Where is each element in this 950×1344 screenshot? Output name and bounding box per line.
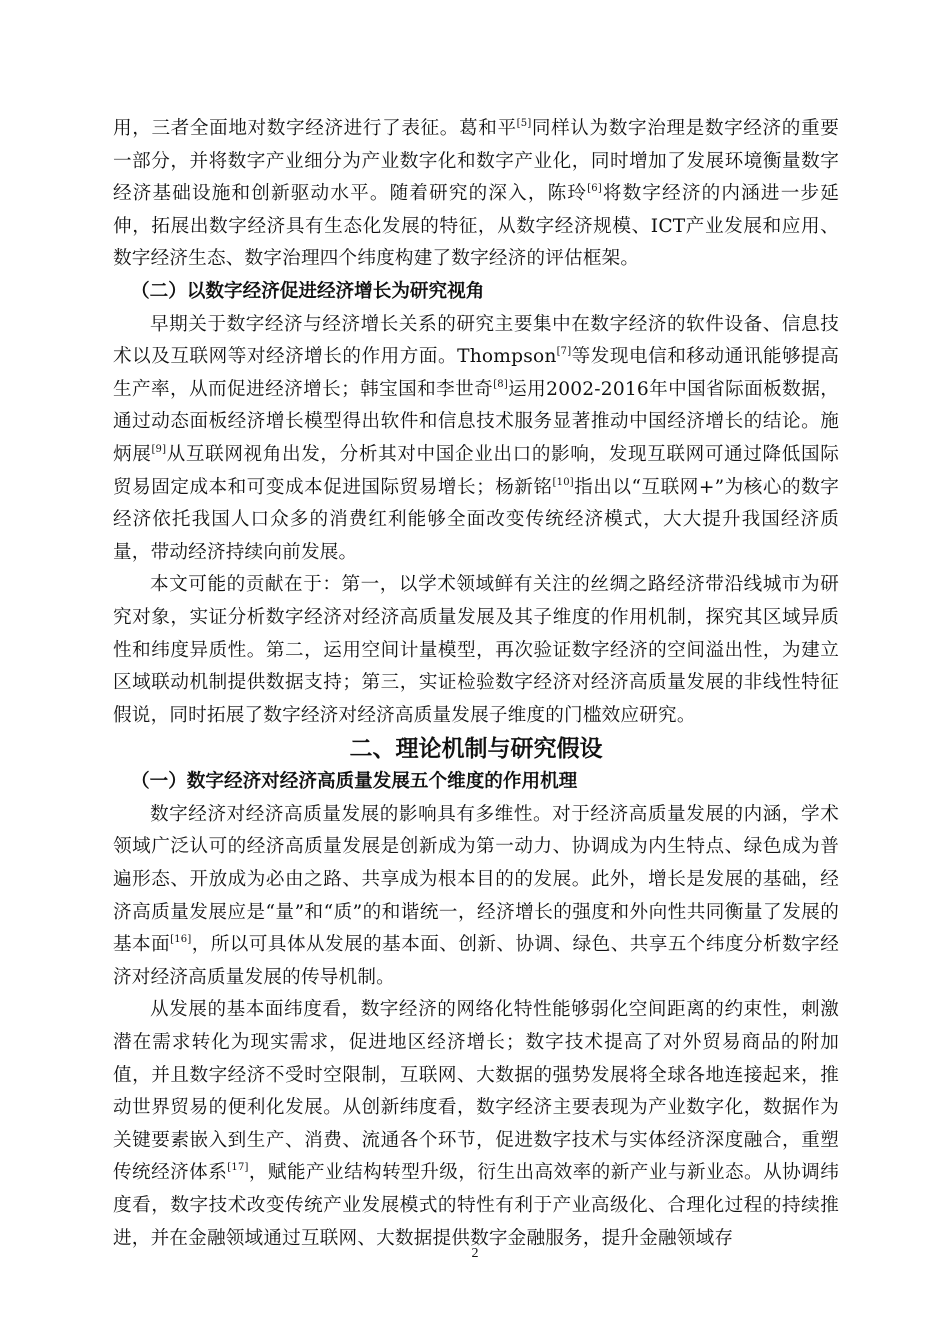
citation-reference: [9] xyxy=(151,444,166,455)
page-number: 2 xyxy=(0,1246,950,1262)
paragraph-text: 本文可能的贡献在于：第一，以学术领域鲜有关注的丝绸之路经济带沿线城市为研究对象，… xyxy=(113,574,839,725)
paragraph-text: ，所以可具体从发展的基本面、创新、协调、绿色、共享五个纬度分析数字经济对经济高质… xyxy=(113,934,839,988)
document-body: 用，三者全面地对数字经济进行了表征。葛和平[5]同样认为数字治理是数字经济的重要… xyxy=(113,113,839,1255)
body-paragraph: 本文可能的贡献在于：第一，以学术领域鲜有关注的丝绸之路经济带沿线城市为研究对象，… xyxy=(113,569,839,732)
citation-reference: [5] xyxy=(517,118,532,129)
citation-reference: [16] xyxy=(170,934,191,945)
document-page: 用，三者全面地对数字经济进行了表征。葛和平[5]同样认为数字治理是数字经济的重要… xyxy=(113,113,839,1255)
body-paragraph: 早期关于数字经济与经济增长关系的研究主要集中在数字经济的软件设备、信息技术以及互… xyxy=(113,309,839,570)
citation-reference: [7] xyxy=(557,346,572,357)
body-paragraph: 用，三者全面地对数字经济进行了表征。葛和平[5]同样认为数字治理是数字经济的重要… xyxy=(113,113,839,276)
citation-reference: [10] xyxy=(553,477,574,488)
citation-reference: [17] xyxy=(227,1162,248,1173)
citation-reference: [6] xyxy=(587,183,602,194)
body-paragraph: 从发展的基本面纬度看，数字经济的网络化特性能够弱化空间距离的约束性，刺激潜在需求… xyxy=(113,994,839,1255)
paragraph-text: 从发展的基本面纬度看，数字经济的网络化特性能够弱化空间距离的约束性，刺激潜在需求… xyxy=(113,999,839,1183)
paragraph-text: 用，三者全面地对数字经济进行了表征。葛和平 xyxy=(113,118,517,139)
section-heading: 二、理论机制与研究假设 xyxy=(113,732,839,766)
body-paragraph: 数字经济对经济高质量发展的影响具有多维性。对于经济高质量发展的内涵，学术领域广泛… xyxy=(113,799,839,995)
subsection-heading: （一）数字经济对经济高质量发展五个维度的作用机理 xyxy=(113,766,839,799)
citation-reference: [8] xyxy=(493,379,508,390)
subsection-heading: （二）以数字经济促进经济增长为研究视角 xyxy=(113,276,839,309)
paragraph-text: 数字经济对经济高质量发展的影响具有多维性。对于经济高质量发展的内涵，学术领域广泛… xyxy=(113,804,839,955)
